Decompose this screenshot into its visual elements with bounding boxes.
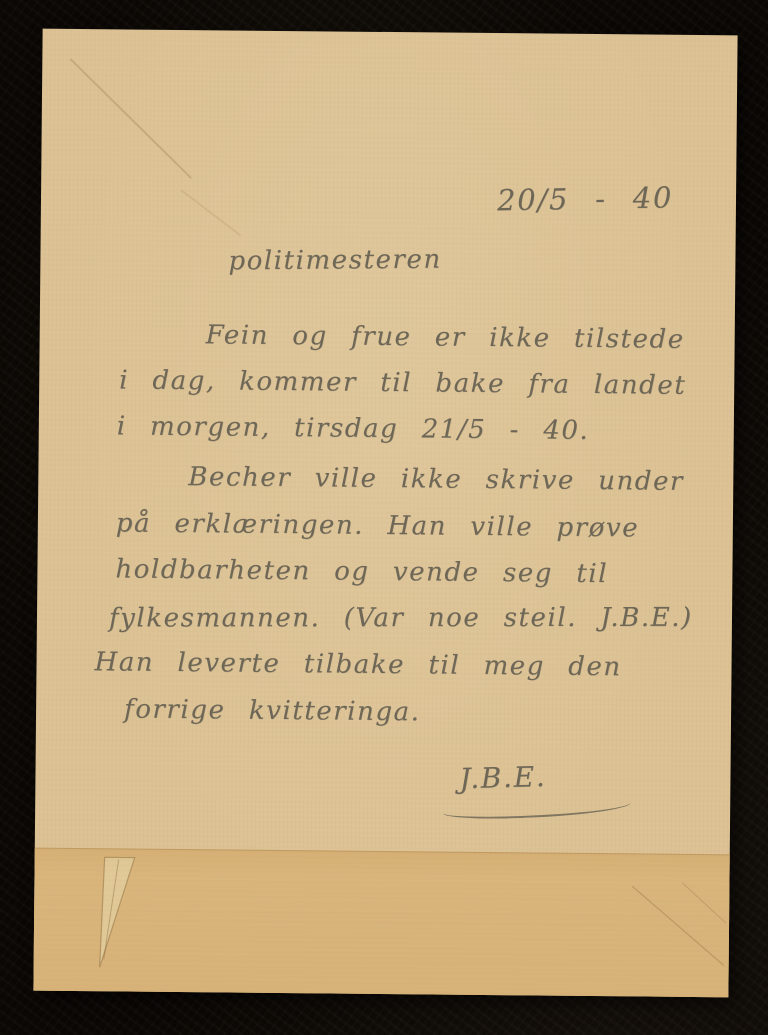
note-line: Becher ville ikke skrive under bbox=[188, 462, 684, 497]
photo-background: 20/5 - 40 politimesteren Fein og frue er… bbox=[0, 0, 768, 1035]
note-line: forrige kvitteringa. bbox=[124, 695, 421, 728]
note-line: Fein og frue er ikke tilstede bbox=[206, 320, 685, 355]
paper-sheet: 20/5 - 40 politimesteren Fein og frue er… bbox=[33, 29, 737, 998]
note-line: på erklæringen. Han ville prøve bbox=[116, 508, 640, 543]
note-line: i dag, kommer til bake fra landet bbox=[119, 365, 686, 400]
signature: J.B.E. bbox=[459, 760, 547, 795]
note-line: fylkesmannen. (Var noe steil. J.B.E.) bbox=[109, 603, 693, 634]
note-line: Han leverte tilbake til meg den bbox=[94, 647, 621, 682]
note-line: i morgen, tirsdag 21/5 - 40. bbox=[117, 411, 590, 446]
note-heading: politimesteren bbox=[228, 245, 442, 277]
note-date: 20/5 - 40 bbox=[497, 180, 674, 217]
note-line: holdbarheten og vende seg til bbox=[115, 554, 608, 589]
